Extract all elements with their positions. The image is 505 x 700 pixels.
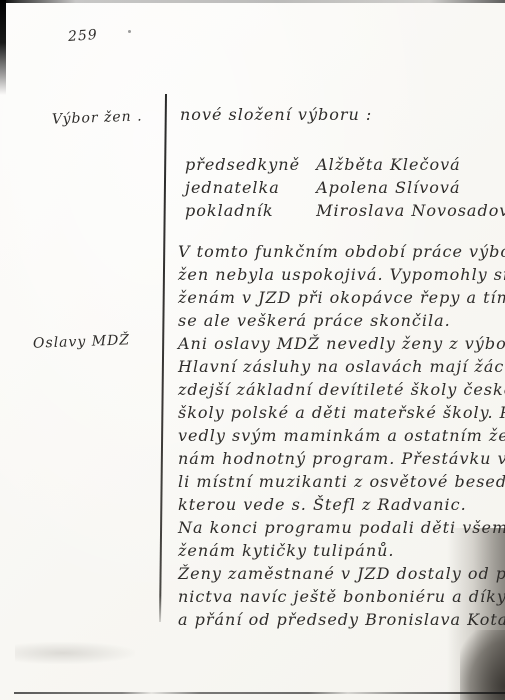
member-name: Apolena Slívová [316,178,460,197]
scan-speck [128,30,131,33]
margin-divider-line [159,94,167,622]
text-line: ženám v JZD při okopávce řepy a tím [178,286,505,309]
page-number: 259 [67,27,98,45]
committee-row: jednatelka Apolena Slívová [185,176,505,199]
text-line: se ale veškerá práce skončila. [178,309,505,332]
margin-note-oslavy-mdz: Oslavy MDŽ [33,332,131,351]
member-name: Alžběta Klečová [316,155,461,174]
margin-note-vybor-zen: Výbor žen . [52,108,143,127]
text-line: Ženy zaměstnané v JZD dostaly od předsed… [178,562,505,585]
text-line: Na konci programu podali děti všem [178,516,505,539]
role-label: pokladník [185,199,310,222]
text-line: zdejší základní devítileté školy české, [178,378,505,401]
role-label: jednatelka [185,176,310,199]
text-line: V tomto funkčním období práce výboru [178,240,505,263]
paragraph-committee-work: V tomto funkčním období práce výboru žen… [178,240,505,332]
text-line: li místní muzikanti z osvětové besedy, [178,470,505,493]
text-line: žen nebyla uspokojivá. Vypomohly sice [178,263,505,286]
role-label: předsedkyně [185,153,310,176]
text-line: školy polské a děti mateřské školy. Před… [178,401,505,424]
member-name: Miroslava Novosadová [316,201,505,220]
text-line: a přání od předsedy Bronislava Kotaly. [178,608,505,631]
text-line: kterou vede s. Štefl z Radvanic. [178,493,505,516]
section-heading: nové složení výboru : [180,105,372,124]
scan-artifact-left-edge [0,0,6,95]
scan-artifact-bottom-edge [14,692,505,694]
text-line: vedly svým maminkám a ostatním že- [178,424,505,447]
scan-shadow-bottom-right-corner [460,630,505,700]
committee-row: pokladník Miroslava Novosadová [185,199,505,222]
scan-artifact-top-edge [0,0,505,3]
scan-smudge-bottom-left [15,642,135,664]
scanned-page: 259 Výbor žen . Oslavy MDŽ nové složení … [0,0,505,700]
committee-row: předsedkyně Alžběta Klečová [185,153,505,176]
text-line: Ani oslavy MDŽ nevedly ženy z výboru. [178,332,505,355]
paragraph-mdz-celebrations: Ani oslavy MDŽ nevedly ženy z výboru. Hl… [178,332,505,631]
text-line: Hlavní zásluhy na oslavách mají žáci [178,355,505,378]
text-line: ženám kytičky tulipánů. [178,539,505,562]
text-line: nám hodnotný program. Přestávku vyplni- [178,447,505,470]
committee-list: předsedkyně Alžběta Klečová jednatelka A… [185,153,505,222]
text-line: nictva navíc ještě bonboniéru a díky [178,585,505,608]
